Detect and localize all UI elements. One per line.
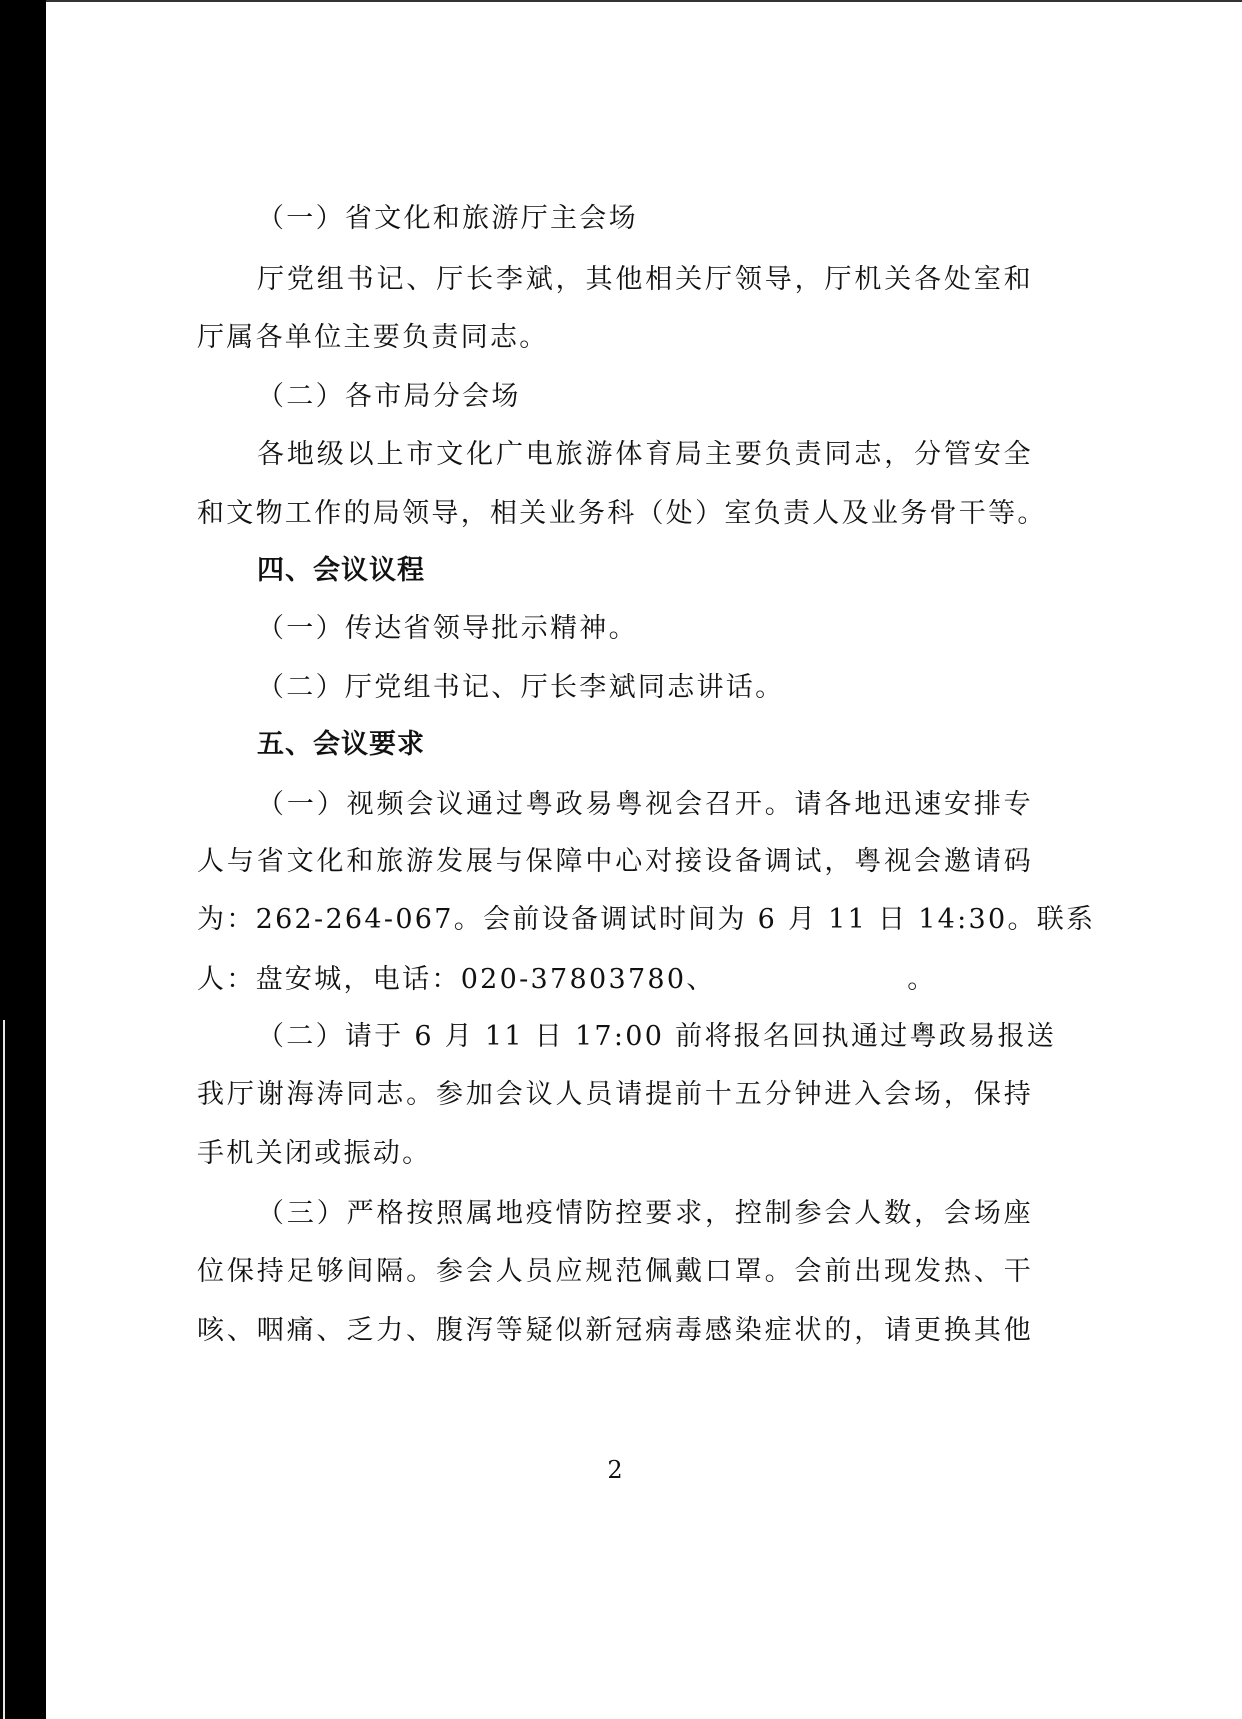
agenda-item-1: （一）传达省领导批示精神。: [257, 609, 1033, 649]
requirement-1-line-3: 为：262-264-067。会前设备调试时间为 6 月 11 日 14:30。联…: [197, 900, 1033, 940]
venue-branch-body-line-1: 各地级以上市文化广电旅游体育局主要负责同志，分管安全: [257, 435, 1033, 475]
requirement-3-line-3: 咳、咽痛、乏力、腹泻等疑似新冠病毒感染症状的，请更换其他: [197, 1311, 1033, 1351]
venue-main-title: （一）省文化和旅游厅主会场: [257, 199, 1033, 239]
requirement-1-line-4: 人：盘安城，电话：020-37803780、 。: [197, 960, 1033, 1000]
scan-streak: [3, 1020, 5, 1719]
scan-dark-margin: [0, 0, 46, 1719]
requirement-3-line-2: 位保持足够间隔。参会人员应规范佩戴口罩。会前出现发热、干: [197, 1252, 1033, 1292]
agenda-heading: 四、会议议程: [257, 551, 1033, 591]
requirement-2-line-2: 我厅谢海涛同志。参加会议人员请提前十五分钟进入会场，保持: [197, 1075, 1033, 1115]
venue-branch-body-line-2: 和文物工作的局领导，相关业务科（处）室负责人及业务骨干等。: [197, 494, 1033, 534]
venue-branch-title: （二）各市局分会场: [257, 377, 1033, 417]
agenda-item-2: （二）厅党组书记、厅长李斌同志讲话。: [257, 668, 1033, 708]
requirements-heading: 五、会议要求: [257, 725, 1033, 765]
requirement-2-line-3: 手机关闭或振动。: [197, 1134, 1033, 1174]
requirement-1-line-1: （一）视频会议通过粤政易粤视会召开。请各地迅速安排专: [257, 785, 1033, 825]
requirement-3-line-1: （三）严格按照属地疫情防控要求，控制参会人数，会场座: [257, 1194, 1033, 1234]
venue-main-body-line-1: 厅党组书记、厅长李斌，其他相关厅领导，厅机关各处室和: [257, 260, 1033, 300]
requirement-2-line-1: （二）请于 6 月 11 日 17:00 前将报名回执通过粤政易报送: [257, 1017, 1033, 1057]
requirement-1-line-2: 人与省文化和旅游发展与保障中心对接设备调试，粤视会邀请码: [197, 842, 1033, 882]
venue-main-body-line-2: 厅属各单位主要负责同志。: [197, 318, 1033, 358]
page-number: 2: [600, 1455, 630, 1485]
